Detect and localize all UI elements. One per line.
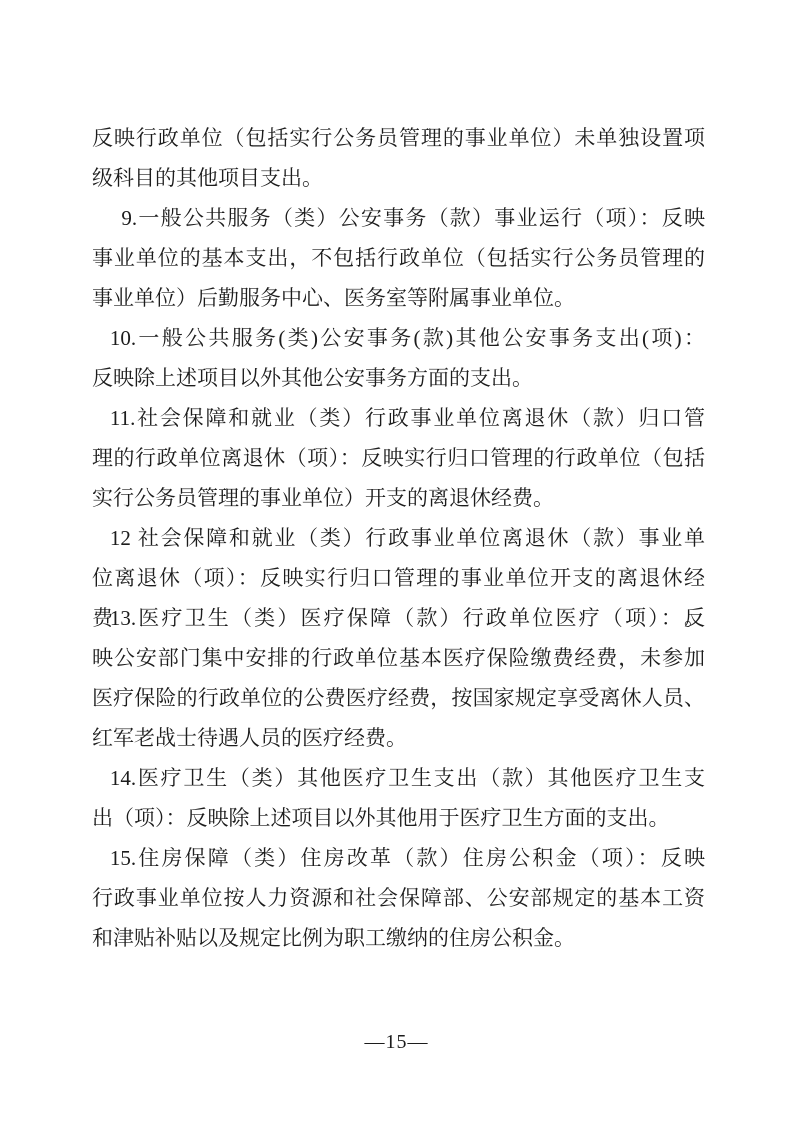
text-line: 级科目的其他项目支出。	[92, 158, 705, 198]
text-line: 11.社会保障和就业（类）行政事业单位离退休（款）归口管	[92, 398, 705, 438]
text-line: 13.医疗卫生（类）医疗保障（款）行政单位医疗（项）：反	[92, 598, 705, 638]
document-body: 反映行政单位（包括实行公务员管理的事业单位）未单独设置项 级科目的其他项目支出。…	[92, 118, 705, 958]
text-line: 映公安部门集中安排的行政单位基本医疗保险缴费经费，未参加	[92, 638, 705, 678]
paragraph-item-9: 9.一般公共服务（类）公安事务（款）事业运行（项）：反映 事业单位的基本支出，不…	[92, 198, 705, 318]
text-line: 14.医疗卫生（类）其他医疗卫生支出（款）其他医疗卫生支	[92, 758, 705, 798]
text-line: 10.一般公共服务(类)公安事务(款)其他公安事务支出(项)：	[92, 318, 705, 358]
text-line: 和津贴补贴以及规定比例为职工缴纳的住房公积金。	[92, 918, 705, 958]
text-line: 医疗保险的行政单位的公费医疗经费，按国家规定享受离休人员、	[92, 678, 705, 718]
text-line: 反映行政单位（包括实行公务员管理的事业单位）未单独设置项	[92, 118, 705, 158]
paragraph-item-8-continuation: 反映行政单位（包括实行公务员管理的事业单位）未单独设置项 级科目的其他项目支出。	[92, 118, 705, 198]
text-line: 事业单位的基本支出，不包括行政单位（包括实行公务员管理的	[92, 238, 705, 278]
text-line: 9.一般公共服务（类）公安事务（款）事业运行（项）：反映	[92, 198, 705, 238]
text-line: 理的行政单位离退休（项）：反映实行归口管理的行政单位（包括	[92, 438, 705, 478]
text-line: 事业单位）后勤服务中心、医务室等附属事业单位。	[92, 278, 705, 318]
text-line: 15.住房保障（类）住房改革（款）住房公积金（项）：反映	[92, 838, 705, 878]
paragraph-item-13: 13.医疗卫生（类）医疗保障（款）行政单位医疗（项）：反 映公安部门集中安排的行…	[92, 598, 705, 758]
text-line: 出（项）：反映除上述项目以外其他用于医疗卫生方面的支出。	[92, 798, 705, 838]
paragraph-item-11: 11.社会保障和就业（类）行政事业单位离退休（款）归口管 理的行政单位离退休（项…	[92, 398, 705, 518]
text-line: 实行公务员管理的事业单位）开支的离退休经费。	[92, 478, 705, 518]
text-line: 红军老战士待遇人员的医疗经费。	[92, 718, 705, 758]
paragraph-item-12: 12 社会保障和就业（类）行政事业单位离退休（款）事业单 位离退休（项）：反映实…	[92, 518, 705, 598]
paragraph-item-10: 10.一般公共服务(类)公安事务(款)其他公安事务支出(项)： 反映除上述项目以…	[92, 318, 705, 398]
page-number: —15—	[0, 1028, 793, 1056]
text-line: 反映除上述项目以外其他公安事务方面的支出。	[92, 358, 705, 398]
text-line: 位离退休（项）：反映实行归口管理的事业单位开支的离退休经费。	[92, 558, 705, 598]
paragraph-item-14: 14.医疗卫生（类）其他医疗卫生支出（款）其他医疗卫生支 出（项）：反映除上述项…	[92, 758, 705, 838]
text-line: 行政事业单位按人力资源和社会保障部、公安部规定的基本工资	[92, 878, 705, 918]
text-line: 12 社会保障和就业（类）行政事业单位离退休（款）事业单	[92, 518, 705, 558]
paragraph-item-15: 15.住房保障（类）住房改革（款）住房公积金（项）：反映 行政事业单位按人力资源…	[92, 838, 705, 958]
